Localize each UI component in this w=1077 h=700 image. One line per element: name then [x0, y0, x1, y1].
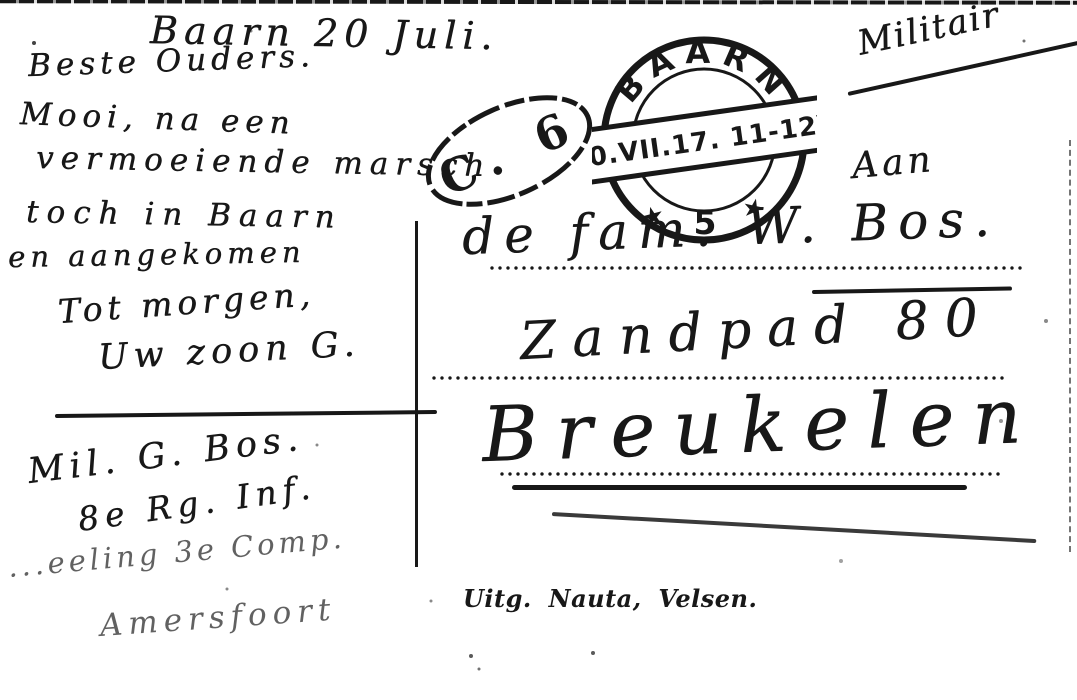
publisher-imprint: Uitg. Nauta, Velsen. — [463, 584, 757, 613]
message-line-2: Mooi, na een — [19, 96, 296, 142]
address-dotted-line-1 — [488, 266, 1023, 270]
sender-line-4: Amersfoort — [99, 592, 338, 644]
address-dotted-line-3 — [498, 472, 1003, 476]
message-line-3: vermoeiende marsch — [36, 140, 492, 184]
message-line-1: Beste Ouders. — [27, 38, 315, 84]
route-marking-militair: Militair — [854, 0, 1004, 64]
address-salutation: Aan — [850, 139, 936, 187]
address-street: Zandpad 80 — [518, 287, 995, 372]
address-city: Breukelen — [480, 371, 1040, 479]
message-line-4: toch in Baarn — [26, 194, 343, 236]
scan-noise — [0, 0, 2, 2]
right-edge-dashed-line — [1069, 140, 1071, 552]
message-line-5: en aangekomen — [8, 235, 306, 274]
address-solid-underline-2 — [512, 485, 967, 490]
message-signature: Uw zoon G. — [97, 324, 361, 378]
pen-flourish-line-left — [55, 410, 437, 418]
postcard-scan: BAARN 20.VII.17. 11-12V ★ 5 ★ C. 6 Baarn… — [0, 0, 1077, 700]
signature-swash-line — [552, 512, 1036, 543]
sender-line-3: ...eeling 3e Comp. — [7, 521, 347, 584]
postmark-town-arc: BAARN — [608, 33, 800, 110]
postmark-date-banner: 20.VII.17. 11-12V — [592, 93, 817, 186]
address-divider-line — [415, 221, 418, 567]
message-line-6: Tot morgen, — [57, 274, 316, 331]
scan-bottom-edge-line — [0, 0, 1077, 5]
